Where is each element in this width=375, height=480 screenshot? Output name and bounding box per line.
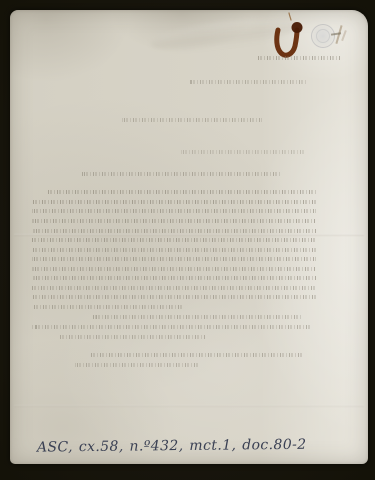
typewritten-line bbox=[122, 118, 262, 122]
typewritten-line bbox=[32, 200, 316, 204]
typewritten-line bbox=[32, 276, 316, 280]
typewritten-line bbox=[32, 248, 316, 252]
typewritten-line bbox=[32, 286, 316, 290]
typewritten-line bbox=[32, 257, 316, 261]
typewritten-line bbox=[258, 56, 340, 60]
typewritten-line bbox=[180, 150, 305, 154]
typewritten-line bbox=[60, 335, 205, 339]
typewritten-line bbox=[32, 219, 316, 223]
typewritten-line bbox=[93, 315, 303, 319]
typewritten-line bbox=[75, 363, 200, 367]
typewritten-line bbox=[32, 229, 316, 233]
typewritten-line bbox=[32, 209, 316, 213]
typewritten-line bbox=[190, 80, 308, 84]
scanned-document: ASC, cx.58, n.º432, mct.1, doc.80-2 bbox=[0, 0, 375, 480]
typewritten-line bbox=[32, 305, 182, 309]
typewritten-line bbox=[80, 172, 280, 176]
archive-reference-annotation: ASC, cx.58, n.º432, mct.1, doc.80-2 bbox=[37, 436, 337, 455]
typewritten-text bbox=[10, 10, 368, 464]
typewritten-line bbox=[90, 353, 302, 357]
typewritten-line bbox=[48, 190, 316, 194]
typewritten-line bbox=[32, 267, 316, 271]
letter-paper: ASC, cx.58, n.º432, mct.1, doc.80-2 bbox=[10, 10, 368, 464]
typewritten-line bbox=[32, 295, 316, 299]
typewritten-line bbox=[32, 325, 312, 329]
typewritten-line bbox=[32, 238, 316, 242]
